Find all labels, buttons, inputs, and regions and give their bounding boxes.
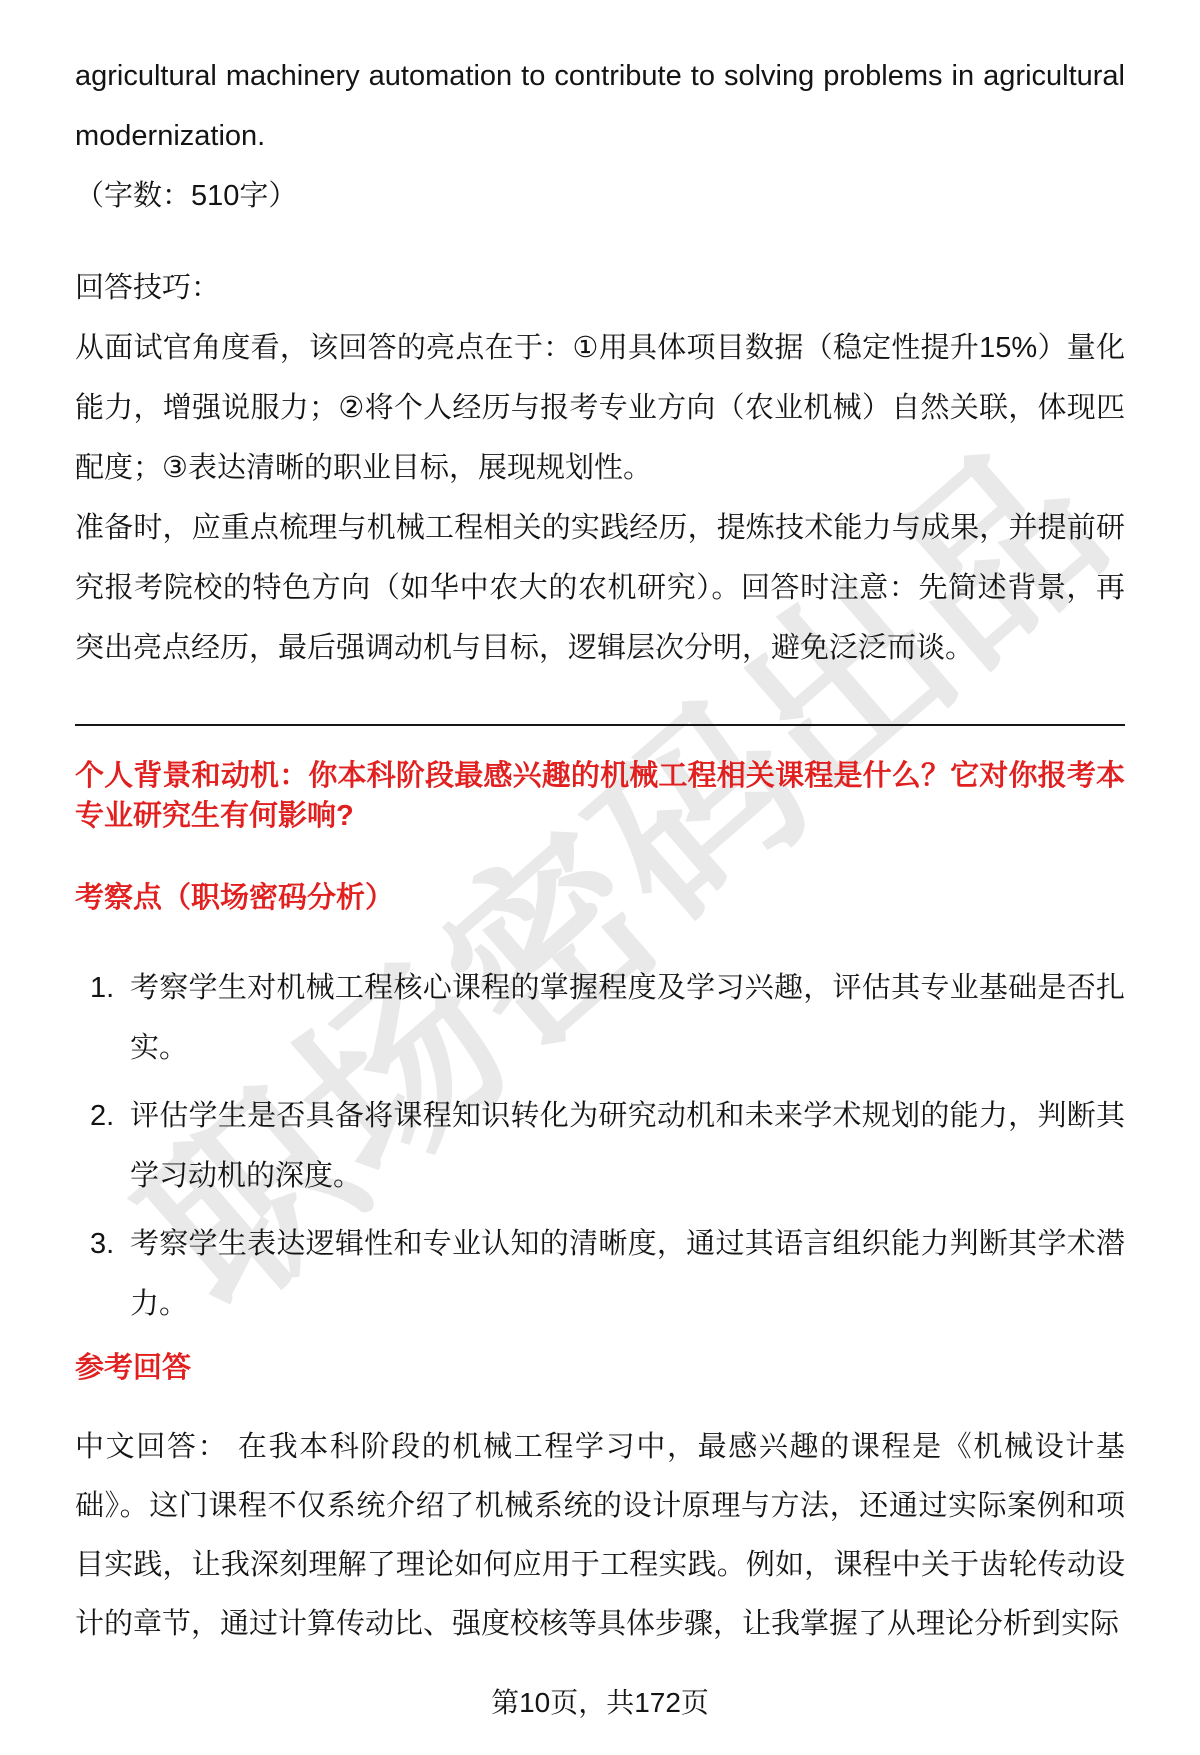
list-item: 2. 评估学生是否具备将课程知识转化为研究动机和未来学术规划的能力，判断其学习动…: [75, 1086, 1125, 1206]
list-item: 3. 考察学生表达逻辑性和专业认知的清晰度，通过其语言组织能力判断其学术潜力。: [75, 1214, 1125, 1334]
list-item-number: 3.: [90, 1214, 130, 1334]
exam-points-list: 1. 考察学生对机械工程核心课程的掌握程度及学习兴趣，评估其专业基础是否扎实。 …: [75, 958, 1125, 1334]
word-count-note: （字数：510字）: [75, 166, 1125, 226]
english-paragraph: agricultural machinery automation to con…: [75, 46, 1125, 166]
section-divider: [75, 724, 1125, 726]
interview-question-heading: 个人背景和动机：你本科阶段最感兴趣的机械工程相关课程是什么？它对你报考本专业研究…: [75, 756, 1125, 836]
reference-answer-heading: 参考回答: [75, 1348, 1125, 1388]
exam-points-heading: 考察点（职场密码分析）: [75, 878, 1125, 918]
document-page: 职场密码出品 agricultural machinery automation…: [0, 0, 1200, 1755]
list-item-text: 考察学生表达逻辑性和专业认知的清晰度，通过其语言组织能力判断其学术潜力。: [130, 1214, 1125, 1334]
chinese-answer-paragraph: 中文回答： 在我本科阶段的机械工程学习中，最感兴趣的课程是《机械设计基础》。这门…: [75, 1418, 1125, 1654]
list-item-text: 考察学生对机械工程核心课程的掌握程度及学习兴趣，评估其专业基础是否扎实。: [130, 958, 1125, 1078]
document-content: agricultural machinery automation to con…: [0, 0, 1200, 1728]
list-item-text: 评估学生是否具备将课程知识转化为研究动机和未来学术规划的能力，判断其学习动机的深…: [130, 1086, 1125, 1206]
page-number-footer: 第10页，共172页: [75, 1678, 1125, 1728]
list-item-number: 2.: [90, 1086, 130, 1206]
list-item: 1. 考察学生对机械工程核心课程的掌握程度及学习兴趣，评估其专业基础是否扎实。: [75, 958, 1125, 1078]
answer-tips-label: 回答技巧：: [75, 258, 1125, 318]
list-item-number: 1.: [90, 958, 130, 1078]
answer-tips-paragraph-1: 从面试官角度看，该回答的亮点在于：①用具体项目数据（稳定性提升15%）量化能力，…: [75, 318, 1125, 498]
answer-tips-paragraph-2: 准备时，应重点梳理与机械工程相关的实践经历，提炼技术能力与成果，并提前研究报考院…: [75, 498, 1125, 678]
